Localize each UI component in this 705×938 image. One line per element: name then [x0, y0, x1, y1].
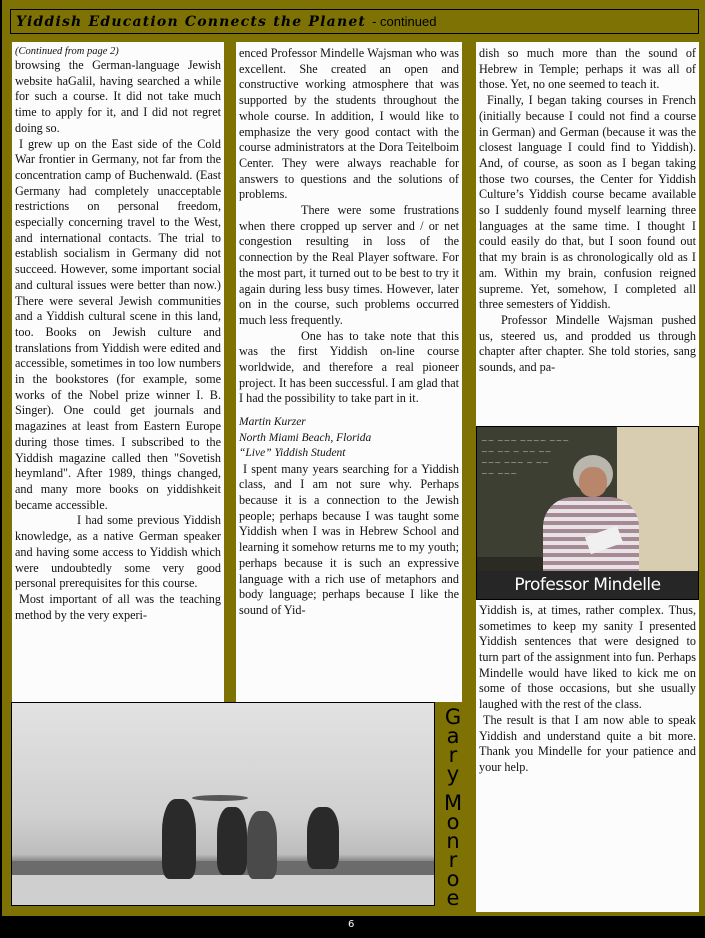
- signature-name: Martin Kurzer: [239, 416, 306, 428]
- footer-bar: 6: [0, 916, 705, 938]
- street-photo: [11, 702, 435, 906]
- signature-block: Martin Kurzer North Miami Beach, Florida…: [239, 415, 459, 462]
- page-subtitle: - continued: [372, 14, 436, 29]
- signature-role: “Live” Yiddish Student: [239, 447, 346, 459]
- column-1: (Continued from page 2) browsing the Ger…: [12, 42, 224, 702]
- paragraph: Finally, I began taking courses in Frenc…: [479, 93, 696, 313]
- paragraph: I spent many years searching for a Yiddi…: [239, 462, 459, 619]
- figure: [162, 799, 196, 879]
- paragraph: I grew up on the East side of the Cold W…: [15, 137, 221, 514]
- paragraph: enced Professor Mindelle Wajsman who was…: [239, 46, 459, 203]
- professor-photo: ~~ ~~~ ~~~~ ~~~~~ ~~ ~ ~~ ~~~~~ ~~~ ~ ~~…: [476, 426, 699, 600]
- paragraph: Professor Mindelle Wajsman pushed us, st…: [479, 313, 696, 376]
- umbrella: [192, 795, 248, 801]
- paragraph: browsing the German-language Jewish webs…: [15, 58, 221, 137]
- figure: [307, 807, 339, 869]
- photo-caption: Professor Mindelle Wajsman: [477, 571, 698, 599]
- photo-credit: G a r y M o n r o e: [440, 708, 466, 908]
- paragraph: I had some previous Yiddish knowledge, a…: [15, 513, 221, 592]
- paragraph: The result is that I am now able to spea…: [479, 713, 696, 776]
- column-2: enced Professor Mindelle Wajsman who was…: [236, 42, 462, 702]
- signature-location: North Miami Beach, Florida: [239, 432, 371, 444]
- paragraph: dish so much more than the sound of Hebr…: [479, 46, 696, 93]
- page-number: 6: [348, 919, 354, 930]
- figure: [217, 807, 247, 875]
- paragraph: Most important of all was the teaching m…: [15, 592, 221, 623]
- continued-note: (Continued from page 2): [15, 46, 221, 58]
- figure: [247, 811, 277, 879]
- header-bar: Yiddish Education Connects the Planet - …: [10, 9, 699, 34]
- paragraph: One has to take note that this was the f…: [239, 329, 459, 408]
- page-frame: Yiddish Education Connects the Planet - …: [0, 0, 705, 916]
- paragraph: There were some frustrations when there …: [239, 203, 459, 329]
- page-title: Yiddish Education Connects the Planet: [16, 14, 366, 30]
